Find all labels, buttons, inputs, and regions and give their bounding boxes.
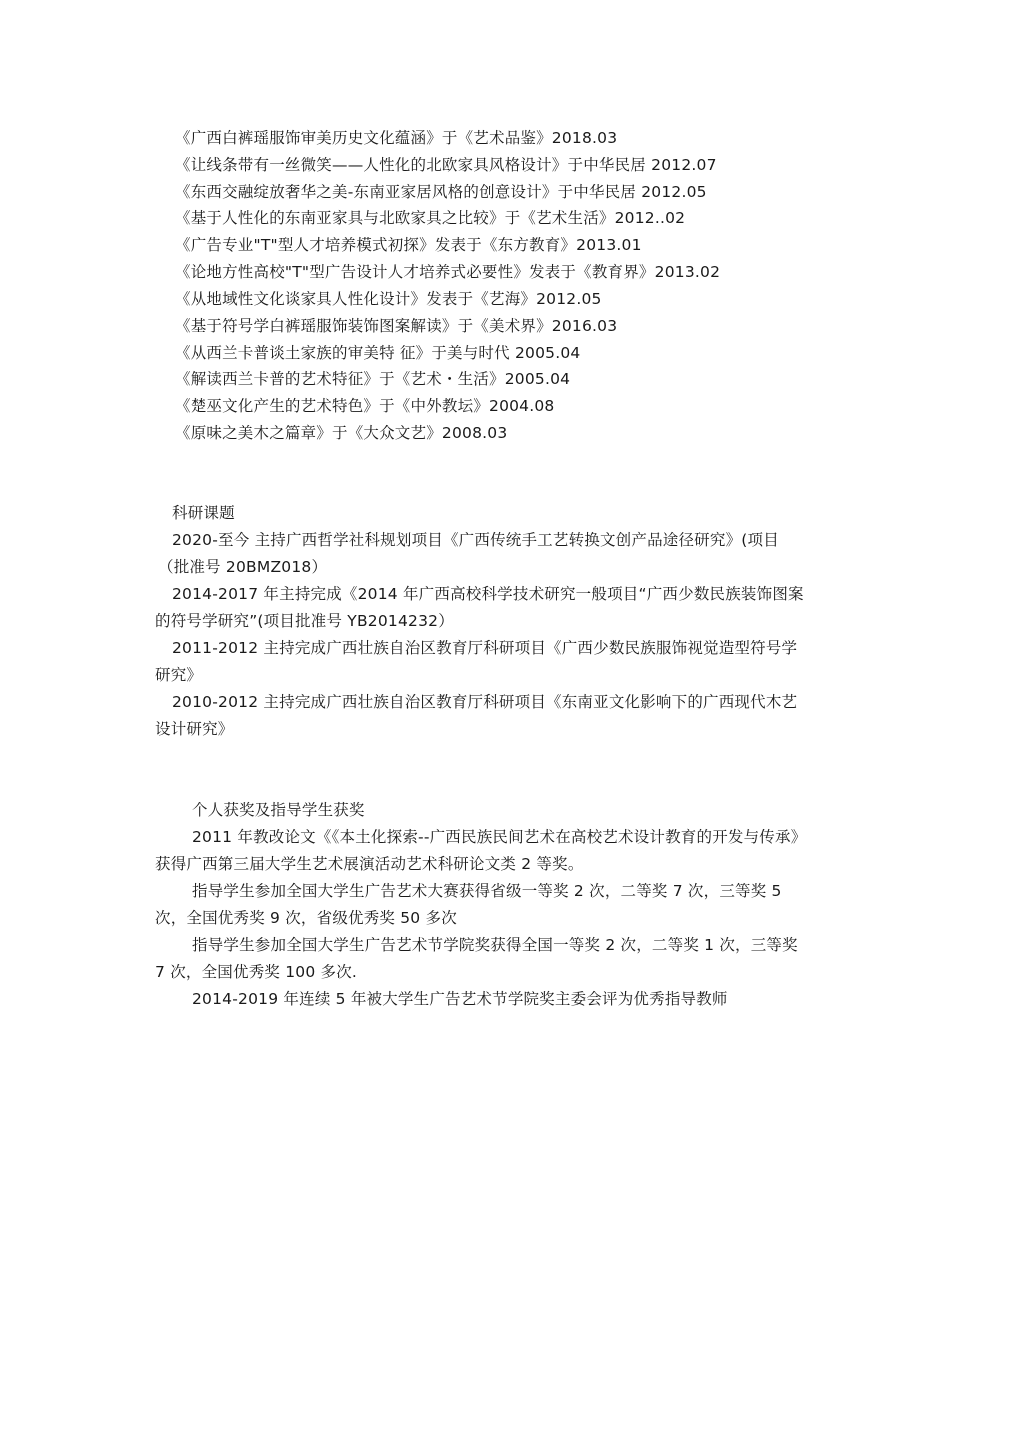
publication-item: 《东西交融绽放奢华之美-东南亚家居风格的创意设计》于中华民居 2012.05 bbox=[175, 182, 707, 202]
awards-line: 指导学生参加全国大学生广告艺术节学院奖获得全国一等奖 2 次，二等奖 1 次，三… bbox=[192, 935, 798, 955]
publication-item: 《基于人性化的东南亚家具与北欧家具之比较》于《艺术生活》2012..02 bbox=[175, 208, 685, 228]
publication-item: 《从西兰卡普谈土家族的审美特 征》于美与时代 2005.04 bbox=[175, 343, 580, 363]
awards-line: 次，全国优秀奖 9 次，省级优秀奖 50 多次 bbox=[155, 908, 457, 928]
publication-item: 《原味之美木之篇章》于《大众文艺》2008.03 bbox=[175, 423, 507, 443]
research-line: 2010-2012 主持完成广西壮族自治区教育厅科研项目《东南亚文化影响下的广西… bbox=[172, 692, 797, 712]
publication-item: 《广告专业"T"型人才培养模式初探》发表于《东方教育》2013.01 bbox=[175, 235, 642, 255]
awards-line: 2011 年教改论文《《本土化探索--广西民族民间艺术在高校艺术设计教育的开发与… bbox=[192, 827, 806, 847]
research-line: 2011-2012 主持完成广西壮族自治区教育厅科研项目《广西少数民族服饰视觉造… bbox=[172, 638, 797, 658]
research-line: 设计研究》 bbox=[155, 719, 234, 739]
awards-line: 指导学生参加全国大学生广告艺术大赛获得省级一等奖 2 次，二等奖 7 次，三等奖… bbox=[192, 881, 782, 901]
research-line: 2014-2017 年主持完成《2014 年广西高校科学技术研究一般项目“广西少… bbox=[172, 584, 804, 604]
research-line: 2020-至今 主持广西哲学社科规划项目《广西传统手工艺转换文创产品途径研究》(… bbox=[172, 530, 779, 550]
awards-line: 2014-2019 年连续 5 年被大学生广告艺术节学院奖主委会评为优秀指导教师 bbox=[192, 989, 728, 1009]
publication-item: 《让线条带有一丝微笑——人性化的北欧家具风格设计》于中华民居 2012.07 bbox=[175, 155, 717, 175]
publication-item: 《楚巫文化产生的艺术特色》于《中外教坛》2004.08 bbox=[175, 396, 555, 416]
research-line: （批准号 20BMZ018） bbox=[158, 557, 327, 577]
research-section-title: 科研课题 bbox=[172, 503, 235, 523]
research-line: 研究》 bbox=[155, 665, 202, 685]
awards-section-title: 个人获奖及指导学生获奖 bbox=[192, 800, 365, 820]
publication-item: 《从地域性文化谈家具人性化设计》发表于《艺海》2012.05 bbox=[175, 289, 602, 309]
research-line: 的符号学研究”(项目批准号 YB2014232） bbox=[155, 611, 454, 631]
publication-item: 《基于符号学白裤瑶服饰装饰图案解读》于《美术界》2016.03 bbox=[175, 316, 617, 336]
awards-line: 7 次，全国优秀奖 100 多次. bbox=[155, 962, 357, 982]
publication-item: 《解读西兰卡普的艺术特征》于《艺术・生活》2005.04 bbox=[175, 369, 570, 389]
publication-item: 《广西白裤瑶服饰审美历史文化蕴涵》于《艺术品鉴》2018.03 bbox=[175, 128, 617, 148]
publication-item: 《论地方性高校"T"型广告设计人才培养式必要性》发表于《教育界》2013.02 bbox=[175, 262, 720, 282]
awards-line: 获得广西第三届大学生艺术展演活动艺术科研论文类 2 等奖。 bbox=[155, 854, 584, 874]
